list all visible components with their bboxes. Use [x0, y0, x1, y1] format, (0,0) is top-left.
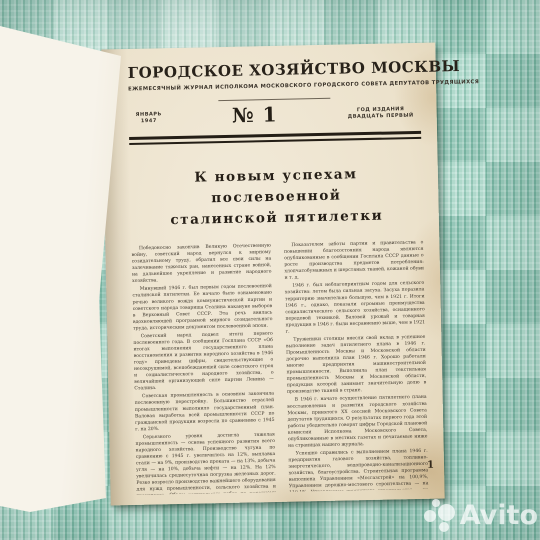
- body-paragraph: Серьезного уровня достигла тяжелая промы…: [135, 431, 277, 495]
- body-column-left: Победоносно закончив Великую Отечественн…: [131, 242, 277, 495]
- body-paragraph: Победоносно закончив Великую Отечественн…: [131, 242, 271, 284]
- issue-number: № 1: [232, 103, 278, 127]
- masthead-short-rule: [218, 98, 330, 101]
- body-paragraph: Успешно справились с выполнением плана 1…: [288, 447, 428, 495]
- body-paragraph: Советская промышленность в основном зако…: [134, 390, 274, 432]
- article-title-line1: К новым успехам послевоенной: [130, 163, 423, 211]
- body-column-right: Показателем заботы партии и правительств…: [284, 239, 429, 495]
- issue-year: 1947: [136, 117, 162, 124]
- photo-scene: ГОРОДСКОЕ ХОЗЯЙСТВО МОСКВЫ ЕЖЕМЕСЯЧНЫЙ Ж…: [0, 0, 540, 540]
- body-paragraph: Минувший 1946 г. был первым годом послев…: [132, 282, 272, 331]
- body-paragraph: 1946 г. был неблагоприятным годом для се…: [285, 279, 426, 334]
- masthead-subtitle: ЕЖЕМЕСЯЧНЫЙ ЖУРНАЛ ИСПОЛКОМА МОСКОВСКОГО…: [128, 80, 420, 92]
- article-title: К новым успехам послевоенной сталинской …: [130, 163, 423, 232]
- issue-date: ЯНВАРЬ 1947: [136, 111, 162, 125]
- page-number: 1: [427, 460, 434, 471]
- page-content: ГОРОДСКОЕ ХОЗЯЙСТВО МОСКВЫ ЕЖЕМЕСЯЧНЫЙ Ж…: [101, 43, 444, 506]
- magazine-page: ГОРОДСКОЕ ХОЗЯЙСТВО МОСКВЫ ЕЖЕМЕСЯЧНЫЙ Ж…: [101, 43, 444, 506]
- article-body: Победоносно закончив Великую Отечественн…: [131, 239, 428, 495]
- body-paragraph: В 1946 г. начато осуществление пятилетне…: [287, 393, 428, 448]
- masthead-subtitle-row: ЕЖЕМЕСЯЧНЫЙ ЖУРНАЛ ИСПОЛКОМА МОСКОВСКОГО…: [128, 80, 420, 95]
- edition-info: ГОД ИЗДАНИЯ ДВАДЦАТЬ ПЕРВЫЙ: [348, 105, 414, 119]
- body-paragraph: Труженики столицы внесли свой вклад в ус…: [286, 333, 427, 395]
- masthead-title: ГОРОДСКОЕ ХОЗЯЙСТВО МОСКВЫ: [128, 58, 420, 82]
- body-paragraph: Показателем заботы партии и правительств…: [284, 239, 424, 281]
- issue-row: ЯНВАРЬ 1947 № 1 ГОД ИЗДАНИЯ ДВАДЦАТЬ ПЕР…: [128, 100, 420, 130]
- edition-line2: ДВАДЦАТЬ ПЕРВЫЙ: [348, 112, 414, 120]
- body-paragraph: Советский народ подвел итоги первого пос…: [133, 330, 274, 392]
- article-columns: Победоносно закончив Великую Отечественн…: [131, 239, 428, 495]
- issue-month: ЯНВАРЬ: [136, 111, 162, 118]
- issue-row-outer: ЯНВАРЬ 1947 № 1 ГОД ИЗДАНИЯ ДВАДЦАТЬ ПЕР…: [128, 100, 421, 134]
